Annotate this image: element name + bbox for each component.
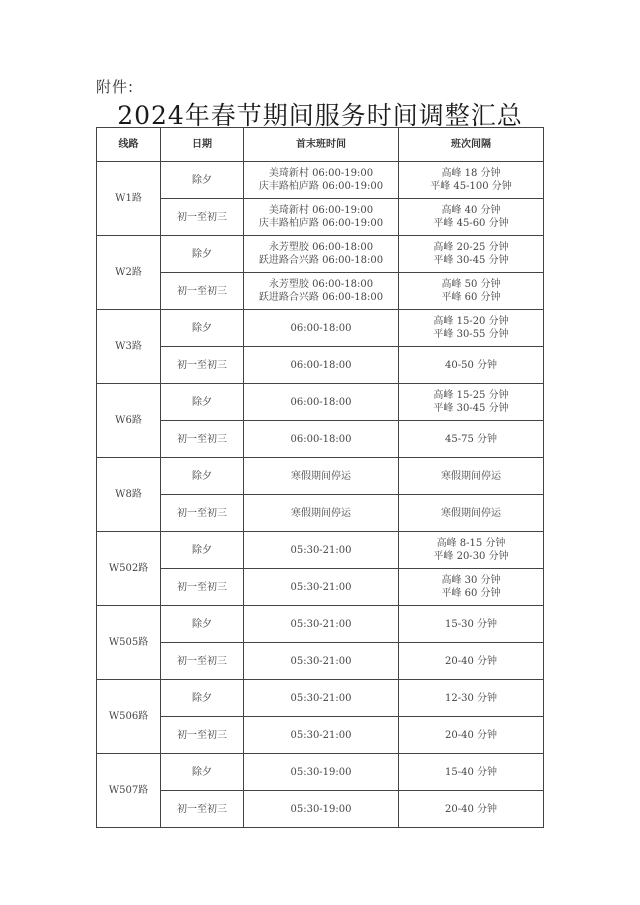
- time-cell: 05:30-21:00: [244, 717, 399, 754]
- interval-line: 高峰 30 分钟: [399, 574, 543, 587]
- table-row: W502路除夕05:30-21:00高峰 8-15 分钟平峰 20-30 分钟: [97, 532, 544, 569]
- table-row: W6路除夕06:00-18:00高峰 15-25 分钟平峰 30-45 分钟: [97, 384, 544, 421]
- date-cell: 初一至初三: [161, 495, 244, 532]
- interval-cell: 15-40 分钟: [399, 754, 544, 791]
- table-row: 初一至初三永芳塑胶 06:00-18:00跃进路合兴路 06:00-18:00高…: [97, 273, 544, 310]
- time-line: 06:00-18:00: [244, 433, 398, 446]
- time-line: 05:30-21:00: [244, 581, 398, 594]
- interval-line: 平峰 30-55 分钟: [399, 328, 543, 341]
- schedule-table: 线路 日期 首末班时间 班次间隔 W1路除夕美琦新村 06:00-19:00庆丰…: [96, 127, 544, 828]
- interval-cell: 15-30 分钟: [399, 606, 544, 643]
- date-cell: 除夕: [161, 680, 244, 717]
- time-cell: 05:30-21:00: [244, 643, 399, 680]
- interval-cell: 40-50 分钟: [399, 347, 544, 384]
- date-cell: 初一至初三: [161, 791, 244, 828]
- table-row: 初一至初三寒假期间停运寒假期间停运: [97, 495, 544, 532]
- interval-line: 平峰 45-100 分钟: [399, 180, 543, 193]
- table-row: W3路除夕06:00-18:00高峰 15-20 分钟平峰 30-55 分钟: [97, 310, 544, 347]
- date-cell: 除夕: [161, 458, 244, 495]
- route-cell: W8路: [97, 458, 161, 532]
- interval-line: 高峰 20-25 分钟: [399, 241, 543, 254]
- attachment-label: 附件:: [96, 76, 134, 97]
- time-line: 05:30-19:00: [244, 803, 398, 816]
- time-cell: 06:00-18:00: [244, 347, 399, 384]
- interval-line: 平峰 30-45 分钟: [399, 254, 543, 267]
- header-interval: 班次间隔: [399, 128, 544, 162]
- date-cell: 初一至初三: [161, 273, 244, 310]
- interval-line: 高峰 15-20 分钟: [399, 315, 543, 328]
- interval-cell: 高峰 15-25 分钟平峰 30-45 分钟: [399, 384, 544, 421]
- time-line: 05:30-21:00: [244, 729, 398, 742]
- table-row: 初一至初三05:30-21:0020-40 分钟: [97, 643, 544, 680]
- interval-cell: 12-30 分钟: [399, 680, 544, 717]
- interval-cell: 寒假期间停运: [399, 458, 544, 495]
- interval-line: 平峰 30-45 分钟: [399, 402, 543, 415]
- table-row: 初一至初三05:30-19:0020-40 分钟: [97, 791, 544, 828]
- interval-cell: 高峰 15-20 分钟平峰 30-55 分钟: [399, 310, 544, 347]
- time-cell: 美琦新村 06:00-19:00庆丰路柏庐路 06:00-19:00: [244, 199, 399, 236]
- route-cell: W502路: [97, 532, 161, 606]
- interval-line: 40-50 分钟: [399, 359, 543, 372]
- interval-line: 高峰 40 分钟: [399, 204, 543, 217]
- time-line: 寒假期间停运: [244, 507, 398, 520]
- time-cell: 永芳塑胶 06:00-18:00跃进路合兴路 06:00-18:00: [244, 236, 399, 273]
- route-cell: W2路: [97, 236, 161, 310]
- date-cell: 除夕: [161, 754, 244, 791]
- date-cell: 初一至初三: [161, 421, 244, 458]
- time-cell: 05:30-21:00: [244, 532, 399, 569]
- interval-line: 45-75 分钟: [399, 433, 543, 446]
- time-line: 永芳塑胶 06:00-18:00: [244, 241, 398, 254]
- time-line: 跃进路合兴路 06:00-18:00: [244, 291, 398, 304]
- time-line: 05:30-21:00: [244, 544, 398, 557]
- interval-line: 平峰 60 分钟: [399, 291, 543, 304]
- time-line: 06:00-18:00: [244, 359, 398, 372]
- interval-line: 20-40 分钟: [399, 655, 543, 668]
- time-cell: 寒假期间停运: [244, 495, 399, 532]
- interval-cell: 高峰 30 分钟平峰 60 分钟: [399, 569, 544, 606]
- time-cell: 永芳塑胶 06:00-18:00跃进路合兴路 06:00-18:00: [244, 273, 399, 310]
- date-cell: 初一至初三: [161, 347, 244, 384]
- time-cell: 05:30-19:00: [244, 754, 399, 791]
- interval-line: 20-40 分钟: [399, 729, 543, 742]
- table-body: W1路除夕美琦新村 06:00-19:00庆丰路柏庐路 06:00-19:00高…: [97, 162, 544, 828]
- interval-cell: 高峰 40 分钟平峰 45-60 分钟: [399, 199, 544, 236]
- interval-line: 20-40 分钟: [399, 803, 543, 816]
- table-row: 初一至初三06:00-18:0045-75 分钟: [97, 421, 544, 458]
- table-row: W506路除夕05:30-21:0012-30 分钟: [97, 680, 544, 717]
- time-cell: 寒假期间停运: [244, 458, 399, 495]
- table-row: 初一至初三05:30-21:00高峰 30 分钟平峰 60 分钟: [97, 569, 544, 606]
- interval-cell: 20-40 分钟: [399, 643, 544, 680]
- table-row: 初一至初三美琦新村 06:00-19:00庆丰路柏庐路 06:00-19:00高…: [97, 199, 544, 236]
- interval-line: 寒假期间停运: [399, 470, 543, 483]
- header-first-last-time: 首末班时间: [244, 128, 399, 162]
- table-row: W505路除夕05:30-21:0015-30 分钟: [97, 606, 544, 643]
- table-row: 初一至初三05:30-21:0020-40 分钟: [97, 717, 544, 754]
- interval-cell: 20-40 分钟: [399, 717, 544, 754]
- date-cell: 初一至初三: [161, 643, 244, 680]
- time-line: 05:30-21:00: [244, 692, 398, 705]
- table-row: W8路除夕寒假期间停运寒假期间停运: [97, 458, 544, 495]
- time-cell: 05:30-21:00: [244, 569, 399, 606]
- time-cell: 美琦新村 06:00-19:00庆丰路柏庐路 06:00-19:00: [244, 162, 399, 199]
- time-cell: 06:00-18:00: [244, 384, 399, 421]
- interval-line: 15-40 分钟: [399, 766, 543, 779]
- date-cell: 除夕: [161, 310, 244, 347]
- route-cell: W505路: [97, 606, 161, 680]
- interval-line: 高峰 50 分钟: [399, 278, 543, 291]
- time-line: 05:30-19:00: [244, 766, 398, 779]
- interval-cell: 高峰 50 分钟平峰 60 分钟: [399, 273, 544, 310]
- interval-cell: 寒假期间停运: [399, 495, 544, 532]
- header-date: 日期: [161, 128, 244, 162]
- table-row: W507路除夕05:30-19:0015-40 分钟: [97, 754, 544, 791]
- date-cell: 除夕: [161, 532, 244, 569]
- interval-line: 12-30 分钟: [399, 692, 543, 705]
- date-cell: 除夕: [161, 236, 244, 273]
- interval-line: 平峰 20-30 分钟: [399, 550, 543, 563]
- interval-line: 高峰 15-25 分钟: [399, 389, 543, 402]
- interval-cell: 高峰 18 分钟平峰 45-100 分钟: [399, 162, 544, 199]
- route-cell: W506路: [97, 680, 161, 754]
- interval-line: 15-30 分钟: [399, 618, 543, 631]
- interval-line: 高峰 18 分钟: [399, 167, 543, 180]
- interval-cell: 20-40 分钟: [399, 791, 544, 828]
- time-line: 美琦新村 06:00-19:00: [244, 204, 398, 217]
- date-cell: 除夕: [161, 606, 244, 643]
- interval-line: 寒假期间停运: [399, 507, 543, 520]
- route-cell: W1路: [97, 162, 161, 236]
- time-line: 05:30-21:00: [244, 655, 398, 668]
- time-line: 06:00-18:00: [244, 396, 398, 409]
- header-route: 线路: [97, 128, 161, 162]
- time-line: 05:30-21:00: [244, 618, 398, 631]
- table-row: W1路除夕美琦新村 06:00-19:00庆丰路柏庐路 06:00-19:00高…: [97, 162, 544, 199]
- route-cell: W6路: [97, 384, 161, 458]
- time-cell: 05:30-21:00: [244, 680, 399, 717]
- interval-cell: 高峰 20-25 分钟平峰 30-45 分钟: [399, 236, 544, 273]
- interval-cell: 高峰 8-15 分钟平峰 20-30 分钟: [399, 532, 544, 569]
- interval-line: 高峰 8-15 分钟: [399, 537, 543, 550]
- time-line: 跃进路合兴路 06:00-18:00: [244, 254, 398, 267]
- interval-cell: 45-75 分钟: [399, 421, 544, 458]
- route-cell: W507路: [97, 754, 161, 828]
- table-row: W2路除夕永芳塑胶 06:00-18:00跃进路合兴路 06:00-18:00高…: [97, 236, 544, 273]
- table-row: 初一至初三06:00-18:0040-50 分钟: [97, 347, 544, 384]
- time-cell: 05:30-19:00: [244, 791, 399, 828]
- date-cell: 初一至初三: [161, 717, 244, 754]
- time-cell: 05:30-21:00: [244, 606, 399, 643]
- time-line: 寒假期间停运: [244, 470, 398, 483]
- time-line: 美琦新村 06:00-19:00: [244, 167, 398, 180]
- time-line: 庆丰路柏庐路 06:00-19:00: [244, 217, 398, 230]
- time-cell: 06:00-18:00: [244, 310, 399, 347]
- table-header-row: 线路 日期 首末班时间 班次间隔: [97, 128, 544, 162]
- time-line: 永芳塑胶 06:00-18:00: [244, 278, 398, 291]
- time-line: 06:00-18:00: [244, 322, 398, 335]
- route-cell: W3路: [97, 310, 161, 384]
- date-cell: 除夕: [161, 384, 244, 421]
- date-cell: 初一至初三: [161, 569, 244, 606]
- date-cell: 除夕: [161, 162, 244, 199]
- interval-line: 平峰 45-60 分钟: [399, 217, 543, 230]
- time-cell: 06:00-18:00: [244, 421, 399, 458]
- interval-line: 平峰 60 分钟: [399, 587, 543, 600]
- time-line: 庆丰路柏庐路 06:00-19:00: [244, 180, 398, 193]
- date-cell: 初一至初三: [161, 199, 244, 236]
